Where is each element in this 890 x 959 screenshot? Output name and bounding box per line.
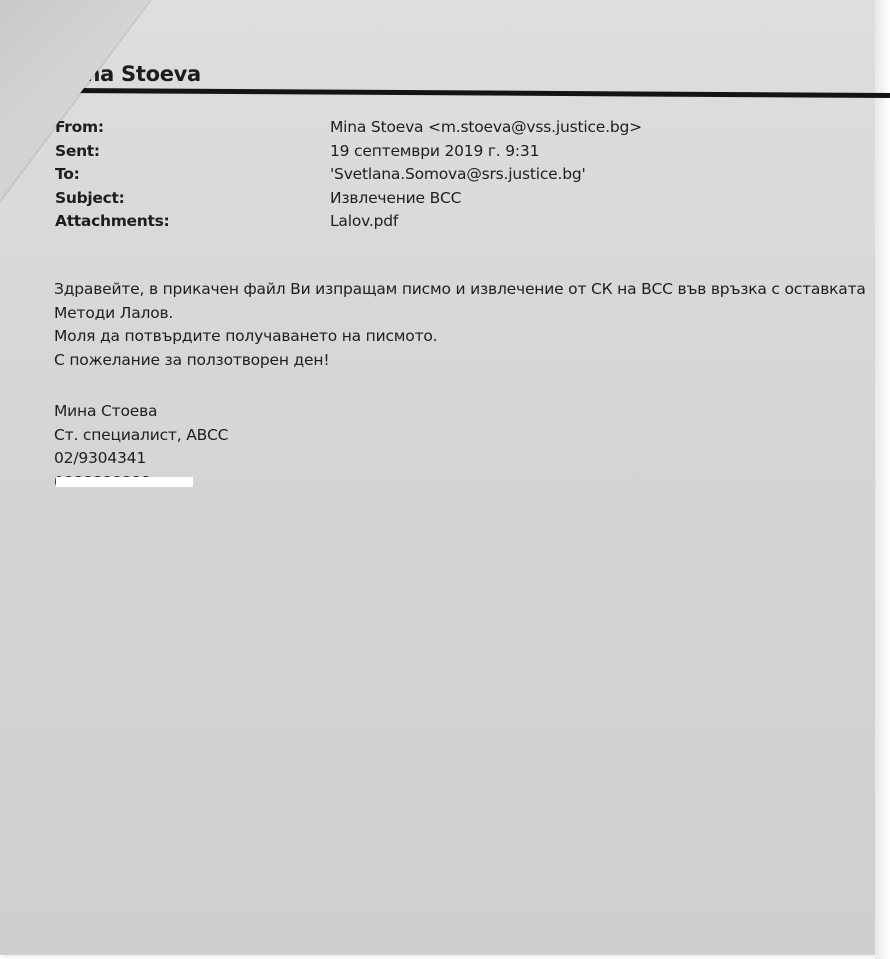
subject-value: Извлечение ВСС: [330, 187, 461, 211]
body-line: Здравейте, в прикачен файл Ви изпращам п…: [54, 278, 866, 302]
header-row-attachments: Attachments: Lalov.pdf: [55, 210, 642, 234]
background-edge: [875, 0, 890, 959]
header-row-sent: Sent: 19 септември 2019 г. 9:31: [55, 140, 642, 164]
email-header-fields: From: Mina Stoeva <m.stoeva@vss.justice.…: [55, 116, 642, 234]
email-signature: Мина Стоева Ст. специалист, АВСС 02/9304…: [54, 400, 228, 494]
signature-phone: 02/9304341: [54, 447, 228, 471]
document-photo: Mina Stoeva From: Mina Stoeva <m.stoeva@…: [0, 0, 890, 959]
redaction-bar: [56, 477, 193, 487]
printed-email-page: Mina Stoeva From: Mina Stoeva <m.stoeva@…: [0, 0, 875, 955]
signature-name: Мина Стоева: [54, 400, 228, 424]
signature-redacted-phone: 0888888888: [54, 471, 228, 495]
from-value: Mina Stoeva <m.stoeva@vss.justice.bg>: [330, 116, 642, 140]
from-label: From:: [55, 116, 330, 140]
body-line: Моля да потвърдите получаването на писмо…: [54, 325, 866, 349]
signature-title: Ст. специалист, АВСС: [54, 424, 228, 448]
attachments-label: Attachments:: [55, 210, 330, 234]
to-label: To:: [55, 163, 330, 187]
sent-label: Sent:: [55, 140, 330, 164]
attachments-value: Lalov.pdf: [330, 210, 398, 234]
subject-label: Subject:: [55, 187, 330, 211]
heading-divider: [70, 88, 890, 98]
body-line: С пожелание за ползотворен ден!: [54, 349, 866, 373]
header-row-subject: Subject: Извлечение ВСС: [55, 187, 642, 211]
to-value: 'Svetlana.Somova@srs.justice.bg': [330, 163, 586, 187]
header-row-to: To: 'Svetlana.Somova@srs.justice.bg': [55, 163, 642, 187]
header-row-from: From: Mina Stoeva <m.stoeva@vss.justice.…: [55, 116, 642, 140]
body-line: Методи Лалов.: [54, 302, 866, 326]
sent-value: 19 септември 2019 г. 9:31: [330, 140, 539, 164]
email-body: Здравейте, в прикачен файл Ви изпращам п…: [54, 278, 866, 372]
